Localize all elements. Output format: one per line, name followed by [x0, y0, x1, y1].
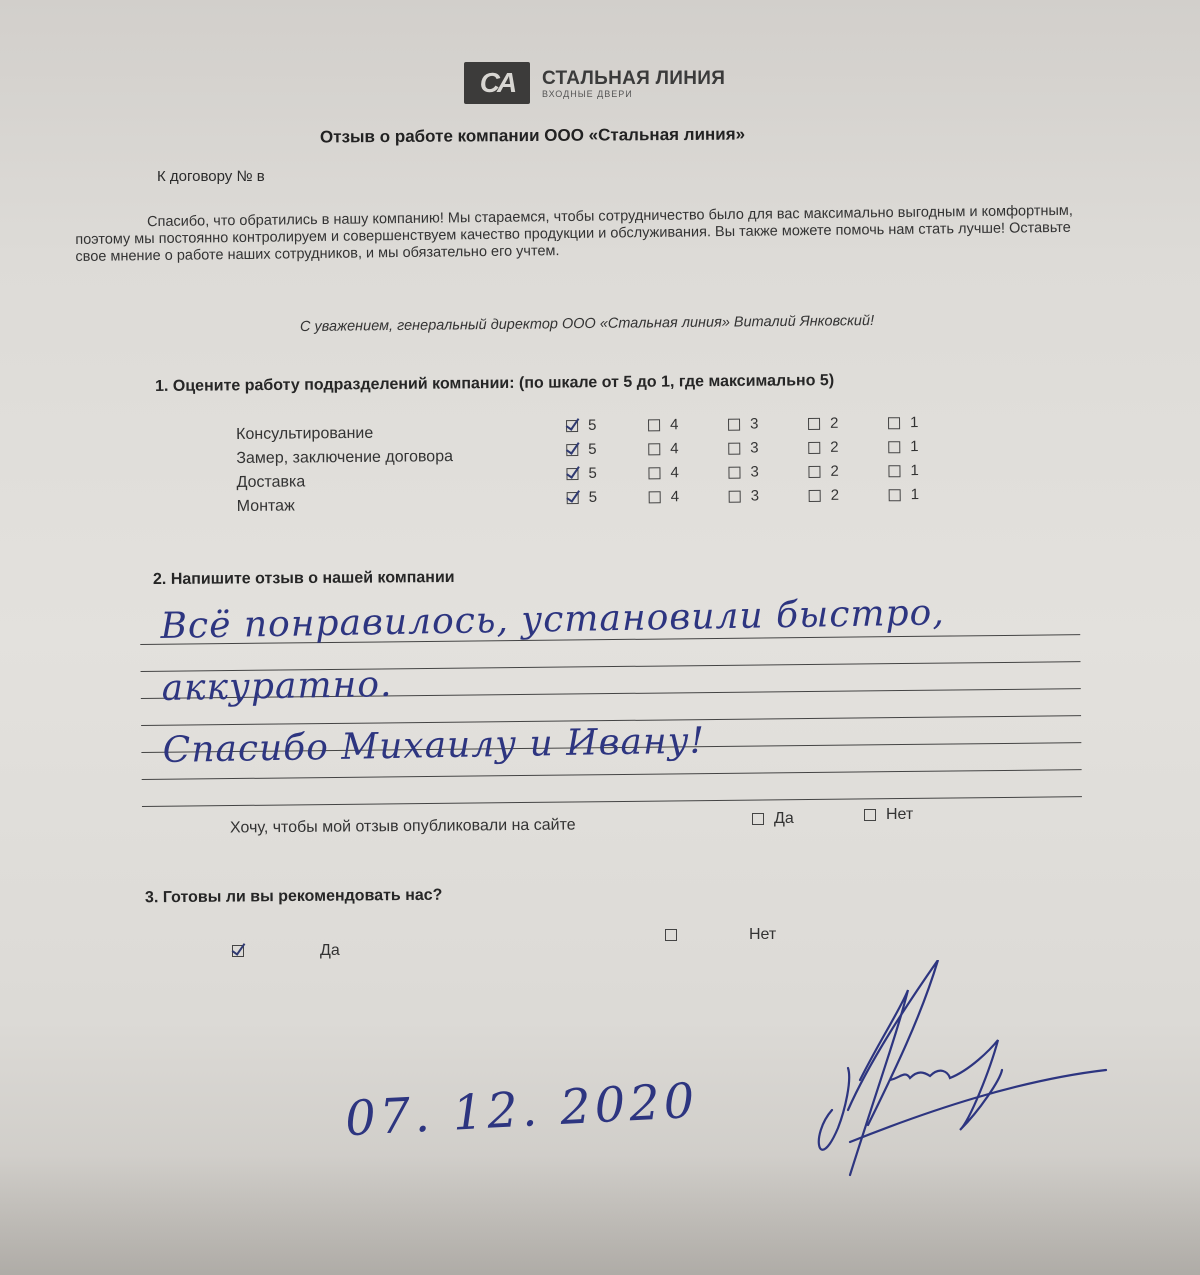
rating-value: 4 [670, 416, 678, 433]
rating-value: 5 [588, 465, 596, 482]
rating-checkbox[interactable] [566, 468, 578, 480]
rating-value: 2 [831, 487, 839, 504]
rating-checkbox[interactable] [566, 420, 578, 432]
rating-value: 2 [830, 415, 838, 432]
rating-checkbox[interactable] [808, 417, 820, 429]
photo-shadow [0, 1155, 1200, 1275]
publish-yes-checkbox[interactable] [752, 813, 764, 825]
rating-checkbox[interactable] [808, 441, 820, 453]
rating-option-1[interactable]: 1 [888, 462, 918, 479]
rating-checkbox[interactable] [728, 442, 740, 454]
publish-no-option[interactable]: Нет [864, 806, 913, 824]
rating-checkbox[interactable] [728, 418, 740, 430]
rating-checkbox[interactable] [728, 466, 740, 478]
rating-option-1[interactable]: 1 [888, 438, 918, 455]
rating-checkbox[interactable] [809, 489, 821, 501]
rating-option-4[interactable]: 4 [648, 464, 678, 481]
rating-value: 5 [588, 441, 596, 458]
rating-option-5[interactable]: 5 [566, 417, 596, 434]
rating-value: 2 [830, 463, 838, 480]
rating-checkbox[interactable] [567, 492, 579, 504]
steel-line-logo-icon: CA [464, 62, 530, 104]
rating-option-3[interactable]: 3 [728, 463, 758, 480]
section3-heading: 3. Готовы ли вы рекомендовать нас? [145, 887, 443, 908]
rating-checkbox[interactable] [648, 419, 660, 431]
recommend-no-label: Нет [749, 926, 776, 944]
rating-checkbox[interactable] [888, 417, 900, 429]
rating-row-label: Консультирование [236, 425, 373, 444]
rating-option-5[interactable]: 5 [566, 465, 596, 482]
rating-option-1[interactable]: 1 [889, 486, 919, 503]
rating-value: 4 [670, 440, 678, 457]
rating-checkbox[interactable] [888, 441, 900, 453]
publish-yes-label: Да [774, 810, 794, 828]
recommend-yes-label: Да [320, 942, 340, 960]
recommend-no-checkbox[interactable] [665, 929, 677, 941]
rating-row-label: Доставка [236, 473, 305, 492]
rating-row-label: Замер, заключение договора [236, 448, 453, 468]
rating-checkbox[interactable] [888, 465, 900, 477]
rating-value: 3 [750, 463, 758, 480]
contract-number-label: К договору № в [157, 168, 265, 185]
recommend-yes-checkbox[interactable] [232, 945, 244, 957]
rating-checkbox[interactable] [648, 467, 660, 479]
rating-checkbox[interactable] [729, 490, 741, 502]
rating-value: 4 [671, 488, 679, 505]
rating-value: 5 [589, 489, 597, 506]
document-title: Отзыв о работе компании ООО «Стальная ли… [320, 125, 745, 148]
publish-no-checkbox[interactable] [864, 809, 876, 821]
rating-value: 1 [910, 438, 918, 455]
rating-value: 1 [910, 414, 918, 431]
rating-option-5[interactable]: 5 [566, 441, 596, 458]
ratings-grid: Консультирование54321Замер, заключение д… [236, 420, 237, 516]
rating-option-4[interactable]: 4 [649, 488, 679, 505]
recommend-yes-option[interactable]: Да [232, 942, 340, 960]
rating-option-1[interactable]: 1 [888, 414, 918, 431]
section2-heading: 2. Напишите отзыв о нашей компании [153, 569, 455, 589]
rating-value: 1 [910, 462, 918, 479]
rating-checkbox[interactable] [566, 444, 578, 456]
review-line-1: Всё понравилось, установили быстро, акку… [160, 579, 1162, 720]
company-logo: CA СТАЛЬНАЯ ЛИНИЯ ВХОДНЫЕ ДВЕРИ [464, 62, 725, 104]
rating-value: 3 [750, 415, 758, 432]
rating-option-5[interactable]: 5 [567, 489, 597, 506]
rating-value: 2 [830, 439, 838, 456]
rating-option-3[interactable]: 3 [729, 487, 759, 504]
rating-value: 3 [751, 487, 759, 504]
rating-option-2[interactable]: 2 [808, 463, 838, 480]
rating-value: 4 [670, 464, 678, 481]
rating-option-3[interactable]: 3 [728, 439, 758, 456]
recommend-no-option[interactable]: Нет [665, 926, 776, 944]
logo-name: СТАЛЬНАЯ ЛИНИЯ [542, 68, 725, 90]
rating-option-4[interactable]: 4 [648, 440, 678, 457]
rating-value: 5 [588, 417, 596, 434]
rating-checkbox[interactable] [648, 443, 660, 455]
rating-checkbox[interactable] [889, 489, 901, 501]
rating-option-3[interactable]: 3 [728, 415, 758, 432]
rating-checkbox[interactable] [649, 491, 661, 503]
rating-value: 3 [750, 439, 758, 456]
logo-tagline: ВХОДНЫЕ ДВЕРИ [542, 89, 725, 99]
rating-option-2[interactable]: 2 [808, 439, 838, 456]
rating-option-2[interactable]: 2 [808, 415, 838, 432]
rating-row-label: Монтаж [237, 497, 295, 516]
rating-option-4[interactable]: 4 [648, 416, 678, 433]
review-text[interactable]: Всё понравилось, установили быстро, акку… [160, 579, 1163, 782]
publish-yes-option[interactable]: Да [752, 810, 794, 828]
publish-label: Хочу, чтобы мой отзыв опубликовали на са… [230, 816, 576, 837]
publish-no-label: Нет [886, 806, 913, 824]
rating-option-2[interactable]: 2 [809, 487, 839, 504]
signature-icon[interactable] [790, 960, 1120, 1180]
rating-checkbox[interactable] [808, 465, 820, 477]
rating-value: 1 [911, 486, 919, 503]
